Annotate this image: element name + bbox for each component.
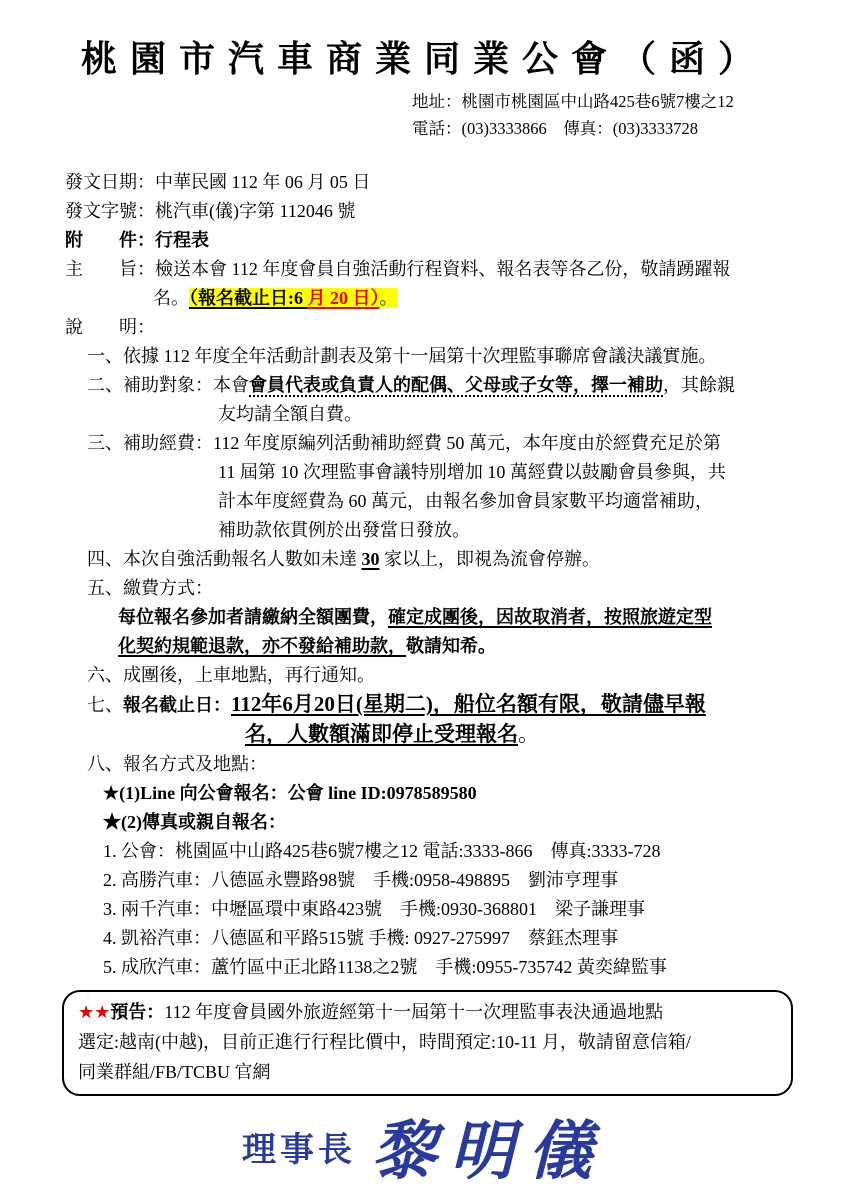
document-body: 發文日期：中華民國 112 年 06 月 05 日發文字號：桃汽車(儀)字第 1…	[65, 168, 793, 982]
text-segment: 五、繳費方式：	[87, 578, 213, 598]
text-line: 名。（報名截止日:6 月 20 日）。	[153, 284, 793, 313]
text-segment: 化契約規範退款，亦不發給補助款，	[118, 636, 406, 656]
text-segment: 友均請全額自費。	[218, 404, 362, 424]
letterhead-address-block: 地址：桃園市桃園區中山路425巷6號7樓之12 電話：(03)3333866 傳…	[412, 88, 848, 142]
text-segment: 附 件：行程表	[65, 230, 209, 250]
text-line: 11 屆第 10 次理監事會議特別增加 10 萬經費以鼓勵會員參與，共	[218, 458, 793, 487]
text-line: 名，人數額滿即停止受理報名。	[245, 720, 793, 750]
text-segment: 家以上，即視為流會停辦。	[380, 549, 601, 569]
text-line: 二、補助對象：本會會員代表或負責人的配偶、父母或子女等，擇一補助，其餘親	[87, 371, 793, 400]
text-segment: 11 屆第 10 次理監事會議特別增加 10 萬經費以鼓勵會員參與，共	[218, 462, 726, 482]
text-segment: 。	[380, 288, 398, 308]
notice-box: ★★預告：112 年度會員國外旅遊經第十一屆第十一次理監事表決通過地點選定:越南…	[62, 990, 793, 1096]
text-segment: 確定成團後，因故取消者，按照旅遊定型	[388, 607, 712, 627]
text-segment: 112年6月20日(星期二)，船位名額有限，敬請儘早報	[231, 692, 706, 716]
text-segment: (2)傳真或親自報名：	[121, 812, 286, 832]
text-line: 一、依據 112 年度全年活動計劃表及第十一屆第十次理監事聯席會議決議實施。	[87, 342, 793, 371]
text-segment: 選定:越南(中越)，目前正進行行程比價中，時間預定:10-11 月，敬請留意信箱…	[78, 1032, 691, 1052]
text-segment: 30	[362, 549, 380, 569]
text-line: 發文字號：桃汽車(儀)字第 112046 號	[65, 197, 793, 226]
text-segment: 七、	[87, 695, 123, 715]
text-line: 3. 兩千汽車：中壢區環中東路423號 手機:0930-368801 梁子謙理事	[103, 895, 793, 924]
text-segment: (1)Line 向公會報名：公會 line ID:0978589580	[119, 783, 477, 803]
text-line: 五、繳費方式：	[87, 574, 793, 603]
star-icon: ★★	[78, 1002, 110, 1022]
document-page: 桃園市汽車商業同業公會（函） 地址：桃園市桃園區中山路425巷6號7樓之12 電…	[0, 0, 848, 1200]
signature-title: 理事長	[242, 1122, 356, 1171]
text-line: 六、成團後，上車地點，再行通知。	[87, 661, 793, 690]
text-line: 發文日期：中華民國 112 年 06 月 05 日	[65, 168, 793, 197]
text-line: ★★預告：112 年度會員國外旅遊經第十一屆第十一次理監事表決通過地點	[78, 997, 777, 1027]
text-segment: 月 20 日）	[308, 288, 380, 308]
star-icon: ★	[103, 783, 119, 803]
text-segment: 3. 兩千汽車：中壢區環中東路423號 手機:0930-368801 梁子謙理事	[103, 899, 645, 919]
text-segment: 2. 高勝汽車：八德區永豐路98號 手機:0958-498895 劉沛亨理事	[103, 870, 618, 890]
text-line: 四、本次自強活動報名人數如未達 30 家以上，即視為流會停辦。	[87, 545, 793, 574]
text-segment: 主 旨：檢送本會 112 年度會員自強活動行程資料、報名表等各乙份，敬請踴躍報	[65, 259, 730, 279]
text-segment: 名，人數額滿即停止受理報名	[245, 722, 518, 746]
text-line: 主 旨：檢送本會 112 年度會員自強活動行程資料、報名表等各乙份，敬請踴躍報	[65, 255, 793, 284]
text-segment: 補助款依貫例於出發當日發放。	[218, 520, 470, 540]
text-line: 七、報名截止日：112年6月20日(星期二)，船位名額有限，敬請儘早報	[87, 690, 793, 720]
text-line: 補助款依貫例於出發當日發放。	[218, 516, 793, 545]
text-segment: 會員代表或負責人的配偶、父母或子女等，擇一補助	[249, 375, 663, 397]
text-segment: 六、成團後，上車地點，再行通知。	[87, 665, 375, 685]
signature-block: 理事長 黎明儀	[0, 1100, 848, 1192]
text-line: 計本年度經費為 60 萬元，由報名參加會員家數平均適當補助，	[218, 487, 793, 516]
org-address: 地址：桃園市桃園區中山路425巷6號7樓之12	[412, 88, 848, 115]
text-line: 八、報名方式及地點：	[87, 750, 793, 779]
text-line: 5. 成欣汽車：蘆竹區中正北路1138之2號 手機:0955-735742 黃奕…	[103, 953, 793, 982]
text-line: 同業群組/FB/TCBU 官網	[78, 1057, 777, 1087]
text-segment: 。	[518, 722, 539, 746]
text-segment: 四、本次自強活動報名人數如未達	[87, 549, 362, 569]
text-line: 每位報名參加者請繳納全額團費，確定成團後，因故取消者，按照旅遊定型	[118, 603, 793, 632]
text-segment: 4. 凱裕汽車：八德區和平路515號 手機: 0927-275997 蔡鈺杰理事	[103, 928, 618, 948]
signature-name: 黎明儀	[372, 1100, 606, 1192]
org-phone-fax: 電話：(03)3333866 傳真：(03)3333728	[412, 115, 848, 142]
text-segment: 八、報名方式及地點：	[87, 754, 267, 774]
text-line: 選定:越南(中越)，目前正進行行程比價中，時間預定:10-11 月，敬請留意信箱…	[78, 1027, 777, 1057]
text-line: 三、補助經費：112 年度原編列活動補助經費 50 萬元，本年度由於經費充足於第	[87, 429, 793, 458]
text-line: 4. 凱裕汽車：八德區和平路515號 手機: 0927-275997 蔡鈺杰理事	[103, 924, 793, 953]
text-segment: 每位報名參加者請繳納全額團費，	[118, 607, 388, 627]
text-segment: 名。	[153, 288, 189, 308]
text-segment: 發文日期：中華民國 112 年 06 月 05 日	[65, 172, 370, 192]
text-segment: （報名截止日:6	[189, 288, 308, 308]
org-title: 桃園市汽車商業同業公會（函）	[0, 34, 848, 84]
text-segment: 計本年度經費為 60 萬元，由報名參加會員家數平均適當補助，	[218, 491, 713, 511]
text-segment: 二、補助對象：本會	[87, 375, 249, 395]
text-segment: 預告：	[110, 1002, 164, 1022]
text-segment: 三、補助經費：112 年度原編列活動補助經費 50 萬元，本年度由於經費充足於第	[87, 433, 721, 453]
text-line: ★(2)傳真或親自報名：	[103, 808, 793, 837]
text-line: 友均請全額自費。	[218, 400, 793, 429]
text-line: 說 明：	[65, 313, 793, 342]
text-segment: 敬請知希。	[406, 636, 496, 656]
star-icon: ★	[103, 812, 121, 832]
text-segment: 發文字號：桃汽車(儀)字第 112046 號	[65, 201, 355, 221]
text-segment: 1. 公會：桃園區中山路425巷6號7樓之12 電話:3333-866 傳真:3…	[103, 841, 661, 861]
text-line: 化契約規範退款，亦不發給補助款，敬請知希。	[118, 632, 793, 661]
text-line: 附 件：行程表	[65, 226, 793, 255]
text-line: 2. 高勝汽車：八德區永豐路98號 手機:0958-498895 劉沛亨理事	[103, 866, 793, 895]
text-segment: 說 明：	[65, 317, 155, 337]
text-line: ★(1)Line 向公會報名：公會 line ID:0978589580	[103, 779, 793, 808]
text-segment: ，其餘親	[663, 375, 735, 395]
text-line: 1. 公會：桃園區中山路425巷6號7樓之12 電話:3333-866 傳真:3…	[103, 837, 793, 866]
text-segment: 一、依據 112 年度全年活動計劃表及第十一屆第十次理監事聯席會議決議實施。	[87, 346, 716, 366]
text-segment: 112 年度會員國外旅遊經第十一屆第十一次理監事表決通過地點	[164, 1002, 663, 1022]
text-segment: 5. 成欣汽車：蘆竹區中正北路1138之2號 手機:0955-735742 黃奕…	[103, 957, 667, 977]
text-segment: 報名截止日：	[123, 695, 231, 715]
text-segment: 同業群組/FB/TCBU 官網	[78, 1062, 271, 1082]
